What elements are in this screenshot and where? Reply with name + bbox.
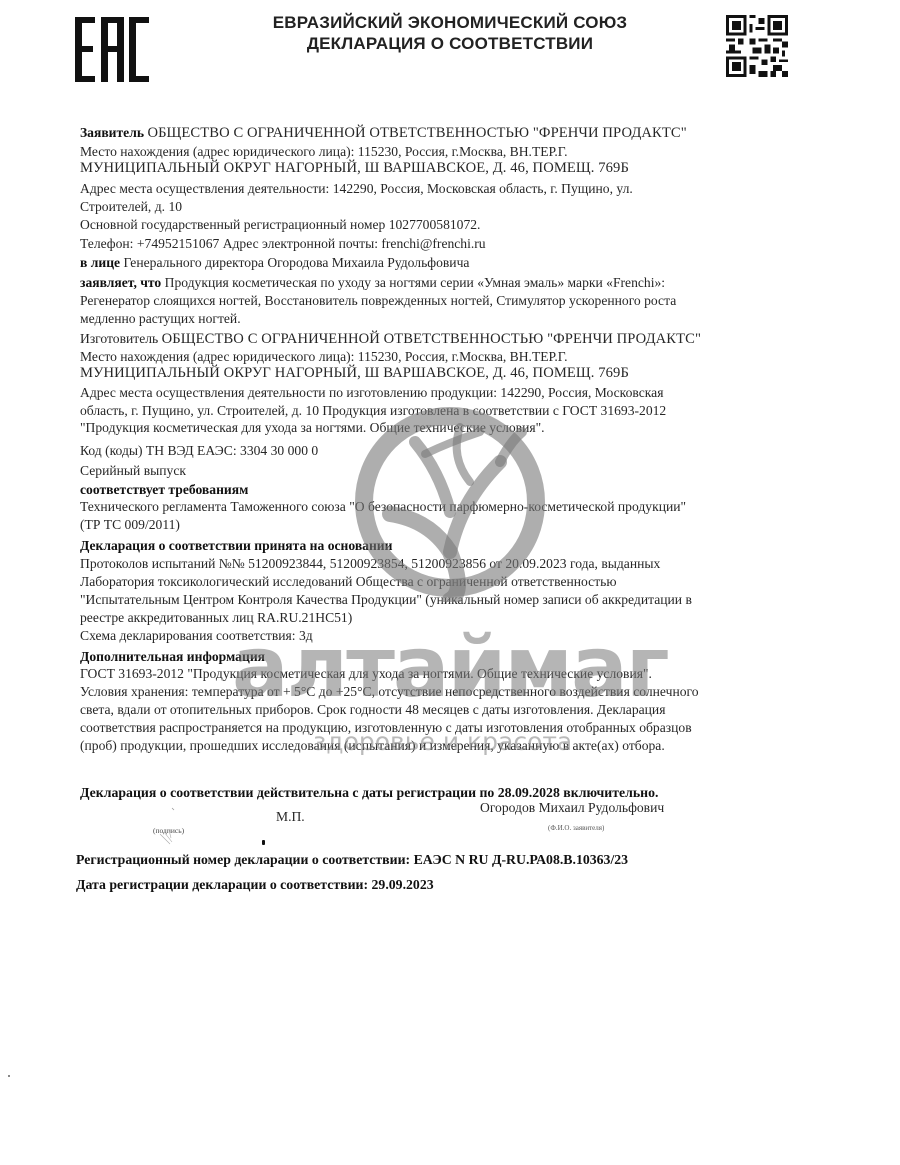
signer-name: Огородов Михаил Рудольфович (480, 799, 664, 816)
manufacturer-name: ОБЩЕСТВО С ОГРАНИЧЕННОЙ ОТВЕТСТВЕННОСТЬЮ… (162, 331, 701, 347)
manufacturer-legal-address-2: МУНИЦИПАЛЬНЫЙ ОКРУГ НАГОРНЫЙ, Ш ВАРШАВСК… (80, 365, 629, 382)
additional-line-5: (проб) продукции, прошедших исследования… (80, 737, 665, 754)
applicant-line: Заявитель ОБЩЕСТВО С ОГРАНИЧЕННОЙ ОТВЕТС… (80, 124, 687, 142)
manufacturer-production-address-2: область, г. Пущино, ул. Строителей, д. 1… (80, 402, 666, 419)
release-type: Серийный выпуск (80, 462, 186, 479)
additional-line-4: соответствия распространяется на продукц… (80, 719, 692, 736)
manufacturer-production-address-3: "Продукция косметическая для ухода за но… (80, 419, 545, 436)
manufacturer-production-address-1: Адрес места осуществления деятельности п… (80, 384, 663, 401)
declares-line-3: медленно растущих ногтей. (80, 310, 241, 327)
declares-label: заявляет, что (80, 275, 161, 290)
declares-line-1: заявляет, что Продукция косметическая по… (80, 274, 665, 291)
registration-number-value: ЕАЭС N RU Д-RU.РА08.В.10363/23 (414, 852, 629, 867)
applicant-name: ОБЩЕСТВО С ОГРАНИЧЕННОЙ ОТВЕТСТВЕННОСТЬЮ… (147, 125, 686, 141)
declaration-page: ЕВРАЗИЙСКИЙ ЭКОНОМИЧЕСКИЙ СОЮЗ ДЕКЛАРАЦИ… (0, 0, 900, 1165)
applicant-contacts: Телефон: +74952151067 Адрес электронной … (80, 235, 486, 252)
declares-line-2: Регенератор слоящихся ногтей, Восстанови… (80, 292, 676, 309)
ink-dot (262, 840, 265, 845)
signer-caption: (Ф.И.О. заявителя) (548, 820, 604, 837)
additional-line-3: света, вдали от отопительных приборов. С… (80, 701, 665, 718)
requirements-line-2: (ТР ТС 009/2011) (80, 516, 180, 533)
registration-date-label: Дата регистрации декларации о соответств… (76, 877, 368, 892)
hs-code: Код (коды) ТН ВЭД ЕАЭС: 3304 30 000 0 (80, 442, 318, 459)
applicant-ogrn: Основной государственный регистрационный… (80, 216, 480, 233)
basis-line-3: "Испытательным Центром Контроля Качества… (80, 591, 692, 608)
declaration-scheme: Схема декларирования соответствия: 3д (80, 627, 313, 644)
represented-label: в лице (80, 255, 120, 270)
additional-line-2: Условия хранения: температура от + 5°С д… (80, 683, 699, 700)
declares-text-1: Продукция косметическая по уходу за ногт… (165, 275, 665, 290)
stamp-label: М.П. (276, 808, 305, 825)
basis-line-1: Протоколов испытаний №№ 51200923844, 512… (80, 555, 660, 572)
manufacturer-label: Изготовитель (80, 331, 158, 346)
additional-line-1: ГОСТ 31693-2012 "Продукция косметическая… (80, 665, 652, 682)
scan-speck (8, 1075, 10, 1077)
applicant-legal-address-2: МУНИЦИПАЛЬНЫЙ ОКРУГ НАГОРНЫЙ, Ш ВАРШАВСК… (80, 160, 629, 177)
basis-line-2: Лаборатория токсикологический исследован… (80, 573, 617, 590)
requirements-label: соответствует требованиям (80, 481, 248, 498)
additional-label: Дополнительная информация (80, 648, 265, 665)
registration-number-label: Регистрационный номер декларации о соотв… (76, 852, 410, 867)
registration-number-line: Регистрационный номер декларации о соотв… (76, 851, 628, 868)
manufacturer-legal-address-1: Место нахождения (адрес юридического лиц… (80, 348, 568, 365)
applicant-representative: в лице Генерального директора Огородова … (80, 254, 469, 271)
applicant-legal-address-1: Место нахождения (адрес юридического лиц… (80, 143, 568, 160)
basis-line-4: реестре аккредитованных лиц RA.RU.21HC51… (80, 609, 352, 626)
manufacturer-line: Изготовитель ОБЩЕСТВО С ОГРАНИЧЕННОЙ ОТВ… (80, 330, 701, 348)
registration-date-value: 29.09.2023 (372, 877, 434, 892)
requirements-line-1: Технического регламента Таможенного союз… (80, 498, 686, 515)
signature-mark-icon (150, 806, 190, 846)
registration-date-line: Дата регистрации декларации о соответств… (76, 876, 434, 893)
applicant-label: Заявитель (80, 125, 144, 140)
applicant-activity-address-1: Адрес места осуществления деятельности: … (80, 180, 633, 197)
basis-label: Декларация о соответствии принята на осн… (80, 537, 392, 554)
applicant-activity-address-2: Строителей, д. 10 (80, 198, 182, 215)
represented-by: Генерального директора Огородова Михаила… (123, 255, 469, 270)
qr-code-icon (726, 15, 788, 77)
